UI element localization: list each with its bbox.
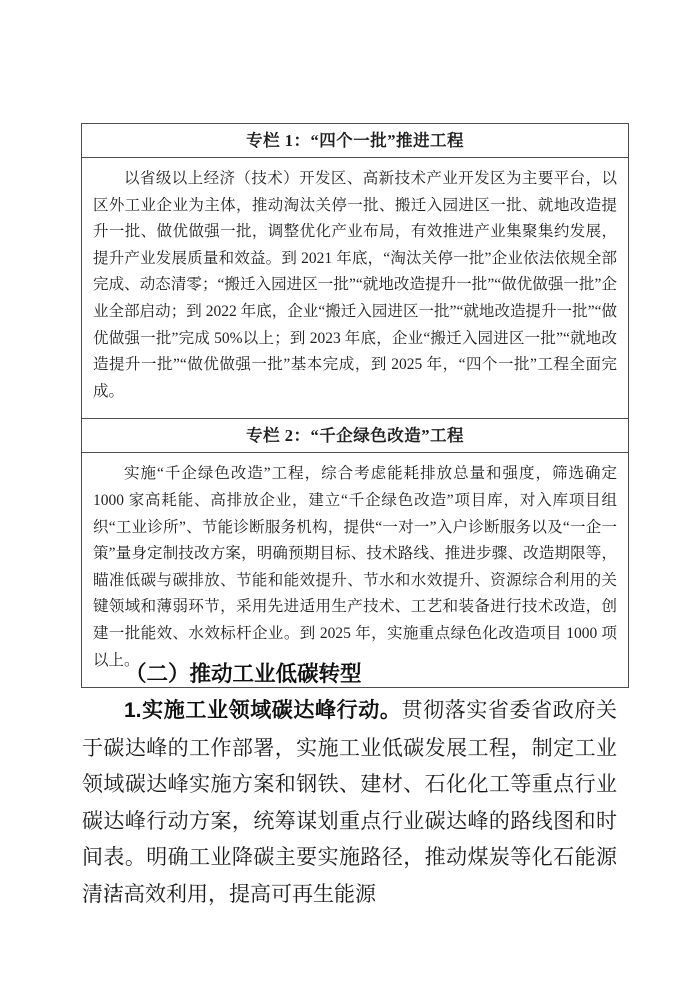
panel-1-title: 专栏 1：“四个一批”推进工程 [82,124,628,158]
panel-2-body: 实施“千企绿色改造”工程，综合考虑能耗排放总量和强度，筛选确定 1000 家高耗… [82,453,628,687]
document-page: 专栏 1：“四个一批”推进工程 以省级以上经济（技术）开发区、高新技术产业开发区… [0,0,700,989]
panel-2-title: 专栏 2：“千企绿色改造”工程 [82,419,628,453]
body-paragraph: 1.实施工业领域碳达峰行动。贯彻落实省委省政府关于碳达峰的工作部署，实施工业低碳… [82,692,617,912]
paragraph-body-text: 贯彻落实省委省政府关于碳达峰的工作部署，实施工业低碳发展工程，制定工业领域碳达峰… [82,698,617,906]
paragraph-lead-sentence: 1.实施工业领域碳达峰行动。 [124,699,401,722]
section-heading: （二）推动工业低碳转型 [82,659,617,689]
special-column-table: 专栏 1：“四个一批”推进工程 以省级以上经济（技术）开发区、高新技术产业开发区… [81,123,629,688]
panel-1-body: 以省级以上经济（技术）开发区、高新技术产业开发区为主要平台，以区外工业企业为主体… [82,158,628,419]
page-number: - 12 - [92,885,131,902]
